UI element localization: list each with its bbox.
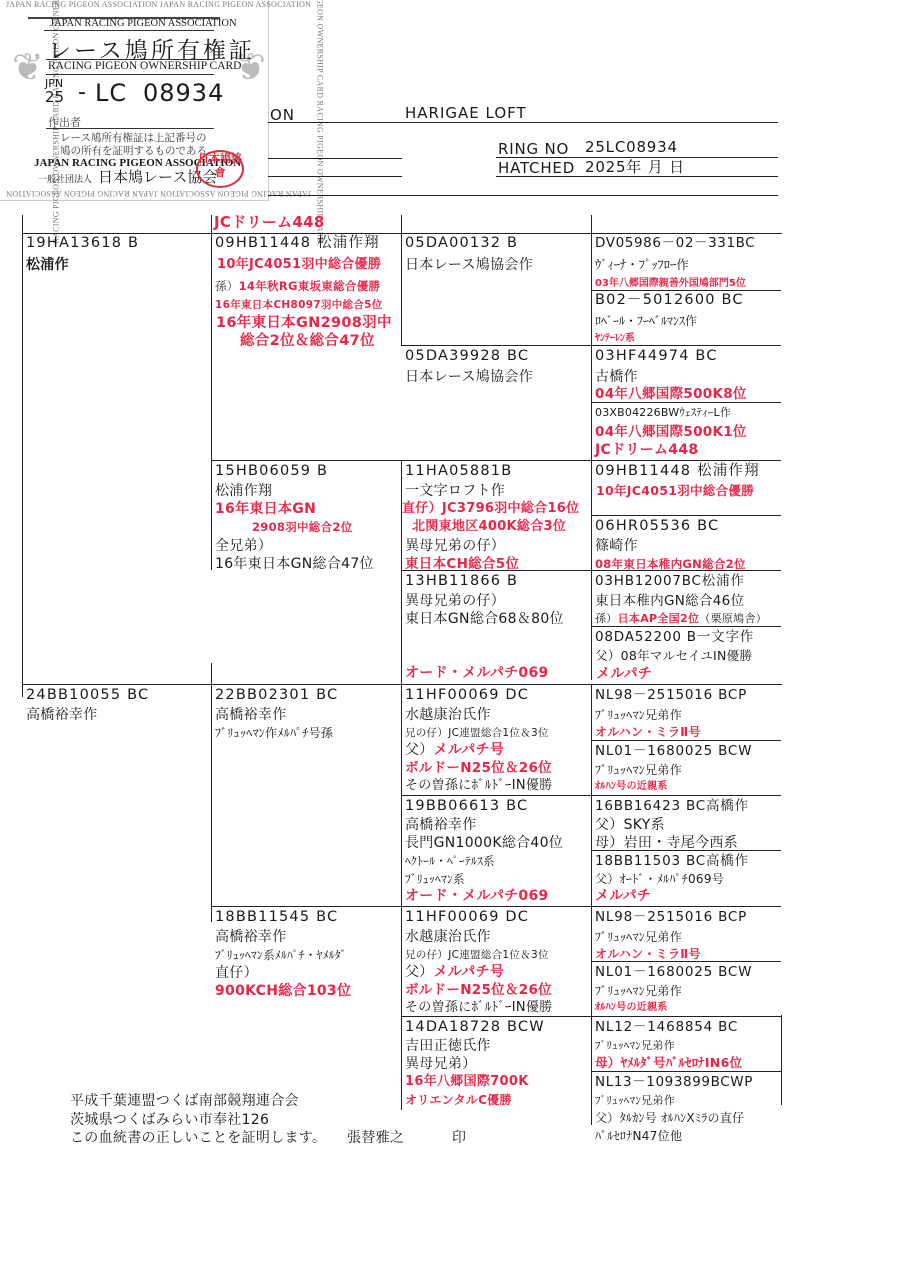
ss-line: 総合2位＆総合47位 <box>240 332 375 350</box>
ddds-line: 母）ﾔﾒﾙﾀﾞ号ﾊﾞﾙｾﾛﾅIN6位 <box>595 1054 742 1072</box>
dd-line: ﾌﾞﾘｭｯﾍﾏﾝ系ﾒﾙﾊﾟﾁ・ﾔﾒﾙﾀﾞ <box>215 946 347 964</box>
sd-line: 2908羽中総合2位 <box>252 518 353 536</box>
ddsd-line: ｵﾙﾊﾝ号の近親系 <box>595 999 668 1017</box>
grid-col-3 <box>401 460 402 685</box>
sdsd-line: 篠崎作 <box>595 537 638 555</box>
dds-line: 父）メルパチ号 <box>405 963 504 981</box>
dam-breeder: 高橋裕幸作 <box>26 706 98 724</box>
ddss-line: ﾌﾞﾘｭｯﾍﾏﾝ兄弟作 <box>595 928 682 946</box>
dds-ring: 11HF00069 DC <box>405 908 529 926</box>
card-year: 25 <box>45 89 64 105</box>
card-title-en: RACING PIGEON OWNERSHIP CARD <box>48 60 241 72</box>
sds-line: 直仔）JC3796羽中総合16位 <box>402 500 579 518</box>
ddd-line: 異母兄弟） <box>405 1055 477 1073</box>
sire-ring: 19HA13618 B <box>26 234 139 252</box>
ddsd-ring: NL01－1680025 BCW <box>595 963 752 981</box>
card-org-ja-prefix: 一般社団法人 <box>38 172 92 185</box>
grid-col-5 <box>781 1015 782 1105</box>
grid-row <box>401 795 781 796</box>
ssd-ring: 05DA39928 BC <box>405 347 529 365</box>
ssss-ring: DV05986－02－331BC <box>595 234 755 252</box>
dsd-line: 長門GN1000K総合40位 <box>405 834 563 852</box>
ss-line-red: 14年秋RG東坂東総合優勝 <box>239 279 381 293</box>
card-association-en: JAPAN RACING PIGEON ASSOCIATION <box>50 18 237 29</box>
dsd-line: 高橋裕幸作 <box>405 816 477 834</box>
dd-line: 直仔） <box>215 964 258 982</box>
grid-row <box>211 906 781 907</box>
dss-prefix: 父） <box>405 742 434 758</box>
hatched-label: HATCHED <box>498 159 575 177</box>
ss-line: 孫）14年秋RG東坂東総合優勝 <box>215 277 380 295</box>
sd-line: 16年東日本GN総合47位 <box>215 555 374 573</box>
ss-line-prefix: 孫） <box>215 279 239 293</box>
dd-line: 900KCH総合103位 <box>215 982 351 1000</box>
header-rule <box>268 122 778 123</box>
dddd-line: 父）ﾀﾙｶﾝ号 ｵﾙﾊﾝXﾐﾗの直仔 <box>595 1109 744 1127</box>
dsss-ring: NL98－2515016 BCP <box>595 686 747 704</box>
dss-line: ボルドーN25位＆26位 <box>405 759 552 777</box>
grid-col-3 <box>401 685 402 1110</box>
ddds-ring: NL12－1468854 BC <box>595 1018 738 1036</box>
dsds-line: 父）SKY系 <box>595 816 665 834</box>
ddss-line: オルハン・ミラⅡ号 <box>595 945 701 963</box>
seal-mark: 印 <box>452 1129 466 1147</box>
sds-ring: 11HA05881B <box>405 462 512 480</box>
dddd-line: ﾌﾞﾘｭｯﾍﾏﾝ兄弟作 <box>595 1092 675 1110</box>
card-dash: - <box>78 80 86 105</box>
grid-row <box>591 515 781 516</box>
ds-ring: 22BB02301 BC <box>215 686 338 704</box>
signer-name: 張替雅之 <box>347 1129 404 1147</box>
hatched-value: 2025年 月 日 <box>585 158 685 176</box>
grid-col-2 <box>211 215 212 570</box>
sddd-line: 父）08年マルセイユIN優勝 <box>595 647 752 665</box>
sssd-line: ﾛﾍﾞｰﾙ・ﾌｰﾍﾞﾙﾏﾝｽ作 <box>595 312 697 330</box>
ssd-line: 日本レース鳩協会作 <box>405 368 533 386</box>
sdd-ring: 13HB11866 B <box>405 572 518 590</box>
grid-col-1 <box>22 215 23 685</box>
dss-ring: 11HF00069 DC <box>405 686 529 704</box>
sds-line: 異母兄弟の仔） <box>405 537 505 555</box>
header-rule <box>496 176 778 177</box>
grid-col-4 <box>591 685 592 1125</box>
card-note-2: 鳩の所有を証明するものである。 <box>60 143 218 158</box>
dssd-ring: NL01－1680025 BCW <box>595 742 752 760</box>
dsds-ring: 16BB16423 BC高橋作 <box>595 797 749 815</box>
ss-line: 10年JC4051羽中総合優勝 <box>217 256 381 274</box>
sd-line: 松浦作翔 <box>215 482 272 500</box>
dsds-line: 母）岩田・寺尾今西系 <box>595 834 738 852</box>
dsdd-ring: 18BB11503 BC高橋作 <box>595 852 749 870</box>
ddds-line: ﾌﾞﾘｭｯﾍﾏﾝ兄弟作 <box>595 1037 675 1055</box>
sds-line: 一文字ロフト作 <box>405 482 505 500</box>
grid-col-2 <box>211 907 212 922</box>
dss-line: 父）メルパチ号 <box>405 741 504 759</box>
dsss-line: オルハン・ミラⅡ号 <box>595 723 701 741</box>
dsss-line: ﾌﾞﾘｭｯﾍﾏﾝ兄弟作 <box>595 706 682 724</box>
ds-line: ﾌﾞﾘｭｯﾍﾏﾝ作ﾒﾙﾊﾟﾁ号孫 <box>215 724 333 742</box>
dd-line: 高橋裕幸作 <box>215 928 287 946</box>
dsd-line: ﾍｸﾄｰﾙ・ﾍﾟｰﾃﾙｽ系 <box>405 852 495 870</box>
ssdd-line: JCドリーム448 <box>595 441 698 459</box>
ddss-ring: NL98－2515016 BCP <box>595 908 747 926</box>
sdds-line: 孫）日本AP全国2位（栗原鳩舎） <box>595 610 767 628</box>
sd-ring: 15HB06059 B <box>215 462 328 480</box>
dsdd-line: メルパチ <box>595 887 651 905</box>
ss-line: 16年東日本CH8097羽中総合5位 <box>215 296 383 314</box>
sss-ring: 05DA00132 B <box>405 234 518 252</box>
ssds-line: 古橋作 <box>595 368 638 386</box>
grid-row <box>211 460 781 461</box>
card-rule <box>46 128 214 129</box>
ddd-line: 16年八郷国際700K <box>405 1073 529 1091</box>
sds-line: 東日本CH総合5位 <box>405 555 519 573</box>
dss-line: 兄の仔）JC連盟総合1位＆3位 <box>405 724 549 742</box>
header-rule <box>268 158 402 159</box>
sddd-line: メルパチ <box>596 665 652 683</box>
card-series: LC <box>95 79 127 107</box>
ownership-card: JAPAN RACING PIGEON ASSOCIATION JAPAN RA… <box>0 0 269 201</box>
sdss-ring: 09HB11448 松浦作翔 <box>595 462 760 480</box>
grid-col-2 <box>211 663 212 685</box>
dove-emblem-left-icon: ❦ <box>12 40 42 95</box>
grid-col-1b <box>22 685 23 697</box>
dds-line: 兄の仔）JC連盟総合1位＆3位 <box>405 946 549 964</box>
grid-col-4 <box>591 215 592 680</box>
sssd-line: ﾔﾝﾃｰﾚﾝ系 <box>595 330 635 348</box>
grid-row-mid <box>22 684 782 685</box>
dsdd-line: 父）ｵｰﾄﾞ・ﾒﾙﾊﾟﾁ069号 <box>595 870 724 888</box>
dss-red: メルパチ号 <box>434 742 505 758</box>
dsd-ring: 19BB06613 BC <box>405 797 528 815</box>
sssd-ring: B02－5012600 BC <box>595 291 744 309</box>
sdd-line: 異母兄弟の仔） <box>405 592 505 610</box>
sdds-prefix: 孫） <box>595 612 618 625</box>
sds-line: 北関東地区400K総合3位 <box>412 518 566 536</box>
dsd-line: オード・メルパチ069 <box>405 887 549 905</box>
dd-ring: 18BB11545 BC <box>215 908 338 926</box>
ddd-ring: 14DA18728 BCW <box>405 1018 545 1036</box>
ssss-line: ｳﾞｨｰﾅ・ﾌﾞｯﾌﾛｰ作 <box>595 256 689 274</box>
card-number: 08934 <box>143 79 224 107</box>
grid-row <box>401 345 781 346</box>
sdds-ring: 03HB12007BC松浦作 <box>595 572 745 590</box>
dds-prefix: 父） <box>405 964 434 980</box>
sdsd-ring: 06HR05536 BC <box>595 517 719 535</box>
association-seal-stamp: 日本鳩協會 <box>196 150 244 188</box>
sire-breeder: 松浦作 <box>26 256 69 274</box>
ring-label: RING NO <box>498 140 569 158</box>
grid-col-2 <box>211 685 212 910</box>
ssdd-line: 04年八郷国際500K1位 <box>595 423 747 441</box>
dssd-line: ｵﾙﾊﾝ号の近親系 <box>595 778 668 796</box>
ddd-line: 吉田正徳氏作 <box>405 1037 491 1055</box>
club-address: 茨城県つくばみらい市奉社126 <box>70 1111 269 1129</box>
dsd-line: ﾌﾞﾘｭｯﾍﾏﾝ系 <box>405 870 465 888</box>
ss-ring: 09HB11448 松浦作翔 <box>215 234 380 252</box>
ring-value: 25LC08934 <box>585 138 678 156</box>
sddd-ring: 08DA52200 B一文字作 <box>595 628 754 646</box>
sdds-line: 東日本稚内GN総合46位 <box>595 592 744 610</box>
dds-line: 水越康治氏作 <box>405 928 491 946</box>
dssd-line: ﾌﾞﾘｭｯﾍﾏﾝ兄弟作 <box>595 761 682 779</box>
dddd-line: ﾊﾞﾙｾﾛﾅN47位他 <box>595 1127 682 1145</box>
ssds-ring: 03HF44974 BC <box>595 347 718 365</box>
dds-line: その曽孫にﾎﾞﾙﾄﾞｰIN優勝 <box>405 999 552 1017</box>
card-rule <box>46 74 214 75</box>
top-note: JCドリーム448 <box>214 213 325 231</box>
ssdd-ring: 03XB04226BWｳｪｽﾃｨｰL作 <box>595 404 731 422</box>
header-rule <box>268 195 778 196</box>
card-rule <box>44 30 214 31</box>
ddsd-line: ﾌﾞﾘｭｯﾍﾏﾝ兄弟作 <box>595 982 682 1000</box>
dds-line: ボルドーN25位＆26位 <box>405 981 552 999</box>
sd-line: 16年東日本GN <box>215 500 316 518</box>
header-rule <box>268 176 402 177</box>
dds-red: メルパチ号 <box>434 964 505 980</box>
dddd-ring: NL13－1093899BCWP <box>595 1073 753 1091</box>
club-name: 平成千葉連盟つくば南部競翔連合会 <box>70 1092 299 1110</box>
dam-ring: 24BB10055 BC <box>26 686 149 704</box>
dss-line: その曽孫にﾎﾞﾙﾄﾞｰIN優勝 <box>405 777 552 795</box>
ssds-line: 04年八郷国際500K8位 <box>595 385 747 403</box>
dss-line: 水越康治氏作 <box>405 706 491 724</box>
sd-line: 全兄弟） <box>215 537 272 555</box>
ss-line: 16年東日本GN2908羽中 <box>216 314 392 332</box>
sdss-line: 10年JC4051羽中総合優勝 <box>596 482 754 500</box>
sdds-red: 日本AP全国2位 <box>618 612 700 625</box>
sdd-bottom-note: オード・メルパチ069 <box>405 664 549 682</box>
certification-text: この血統書の正しいことを証明します。 <box>70 1129 326 1147</box>
grid-col-3 <box>401 215 402 345</box>
sdd-line: 東日本GN総合68＆80位 <box>405 610 564 628</box>
sdsd-line: 08年東日本稚内GN総合2位 <box>595 555 746 573</box>
sss-line: 日本レース鳩協会作 <box>405 256 533 274</box>
ds-line: 高橋裕幸作 <box>215 706 287 724</box>
sdds-suffix: （栗原鳩舎） <box>699 612 767 625</box>
loft-name: HARIGAE LOFT <box>405 104 527 122</box>
ddd-line: オリエンタルC優勝 <box>405 1091 512 1109</box>
